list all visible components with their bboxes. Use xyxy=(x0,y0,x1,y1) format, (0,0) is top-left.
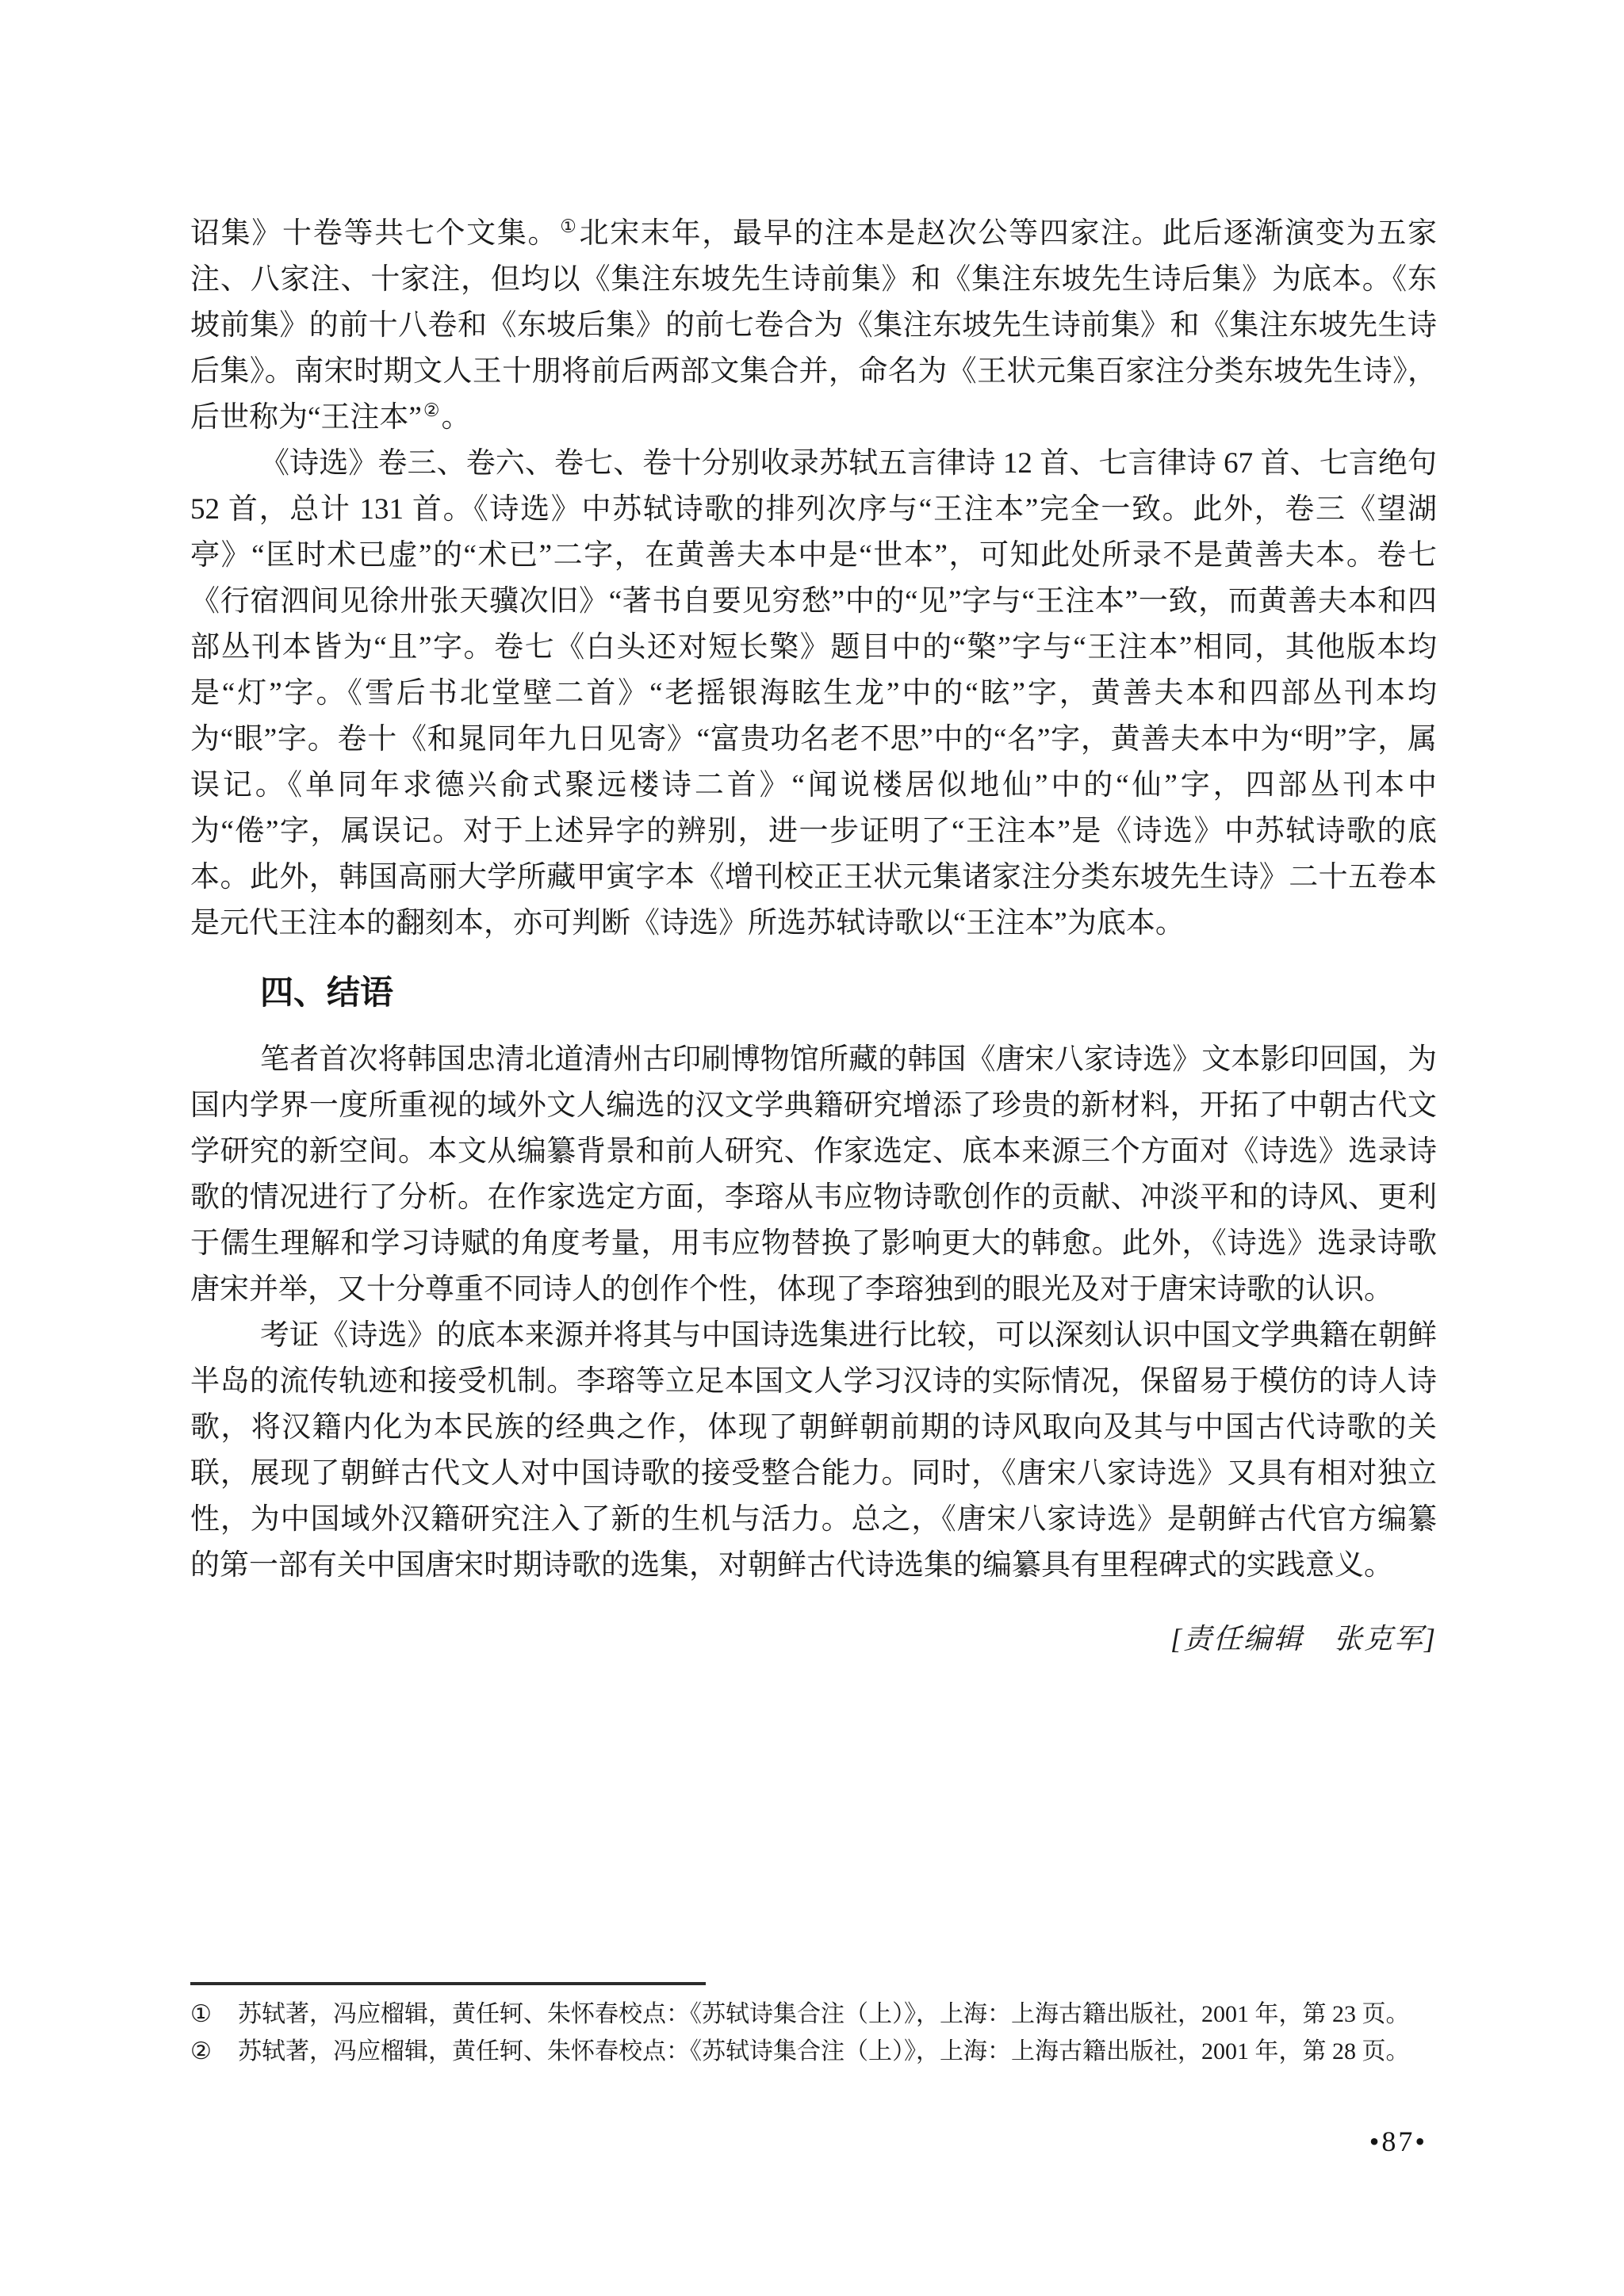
footnote-2-marker: ② xyxy=(190,2033,238,2070)
page-number: •87• xyxy=(1369,2125,1427,2158)
footnote-ref-2: ② xyxy=(422,400,442,420)
footnote-1-text: 苏轼著，冯应榴辑，黄任轲、朱怀春校点：《苏轼诗集合注（上）》，上海：上海古籍出版… xyxy=(238,1996,1443,2033)
document-page: 诏集》十卷等共七个文集。①北宋末年，最早的注本是赵次公等四家注。此后逐渐演变为五… xyxy=(0,0,1624,2296)
footnote-1: ①苏轼著，冯应榴辑，黄任轲、朱怀春校点：《苏轼诗集合注（上）》，上海：上海古籍出… xyxy=(190,1996,1443,2033)
article-body: 诏集》十卷等共七个文集。①北宋末年，最早的注本是赵次公等四家注。此后逐渐演变为五… xyxy=(190,211,1437,1662)
paragraph-continuation: 诏集》十卷等共七个文集。①北宋末年，最早的注本是赵次公等四家注。此后逐渐演变为五… xyxy=(190,211,1437,441)
paragraph-conclusion-2: 考证《诗选》的底本来源并将其与中国诗选集进行比较，可以深刻认识中国文学典籍在朝鲜… xyxy=(190,1313,1437,1589)
footnote-ref-1: ① xyxy=(558,216,579,236)
paragraph-conclusion-1: 笔者首次将韩国忠清北道清州古印刷博物馆所藏的韩国《唐宋八家诗选》文本影印回国，为… xyxy=(190,1037,1437,1313)
footnote-1-marker: ① xyxy=(190,1996,238,2033)
paragraph-textual-comparison: 《诗选》卷三、卷六、卷七、卷十分别收录苏轼五言律诗 12 首、七言律诗 67 首… xyxy=(190,441,1437,947)
paragraph-continuation-text-pre: 诏集》十卷等共七个文集。 xyxy=(190,217,558,250)
footnotes-section: ①苏轼著，冯应榴辑，黄任轲、朱怀春校点：《苏轼诗集合注（上）》，上海：上海古籍出… xyxy=(190,1982,1443,2070)
section-heading-conclusion: 四、结语 xyxy=(190,969,1437,1016)
footnote-2: ②苏轼著，冯应榴辑，黄任轲、朱怀春校点：《苏轼诗集合注（上）》，上海：上海古籍出… xyxy=(190,2033,1443,2070)
footnote-2-text: 苏轼著，冯应榴辑，黄任轲、朱怀春校点：《苏轼诗集合注（上）》，上海：上海古籍出版… xyxy=(238,2033,1443,2070)
footnote-separator-rule xyxy=(190,1982,706,1985)
editor-credit: [责任编辑 张克军] xyxy=(190,1616,1437,1662)
paragraph-continuation-text-end: 。 xyxy=(441,401,470,434)
